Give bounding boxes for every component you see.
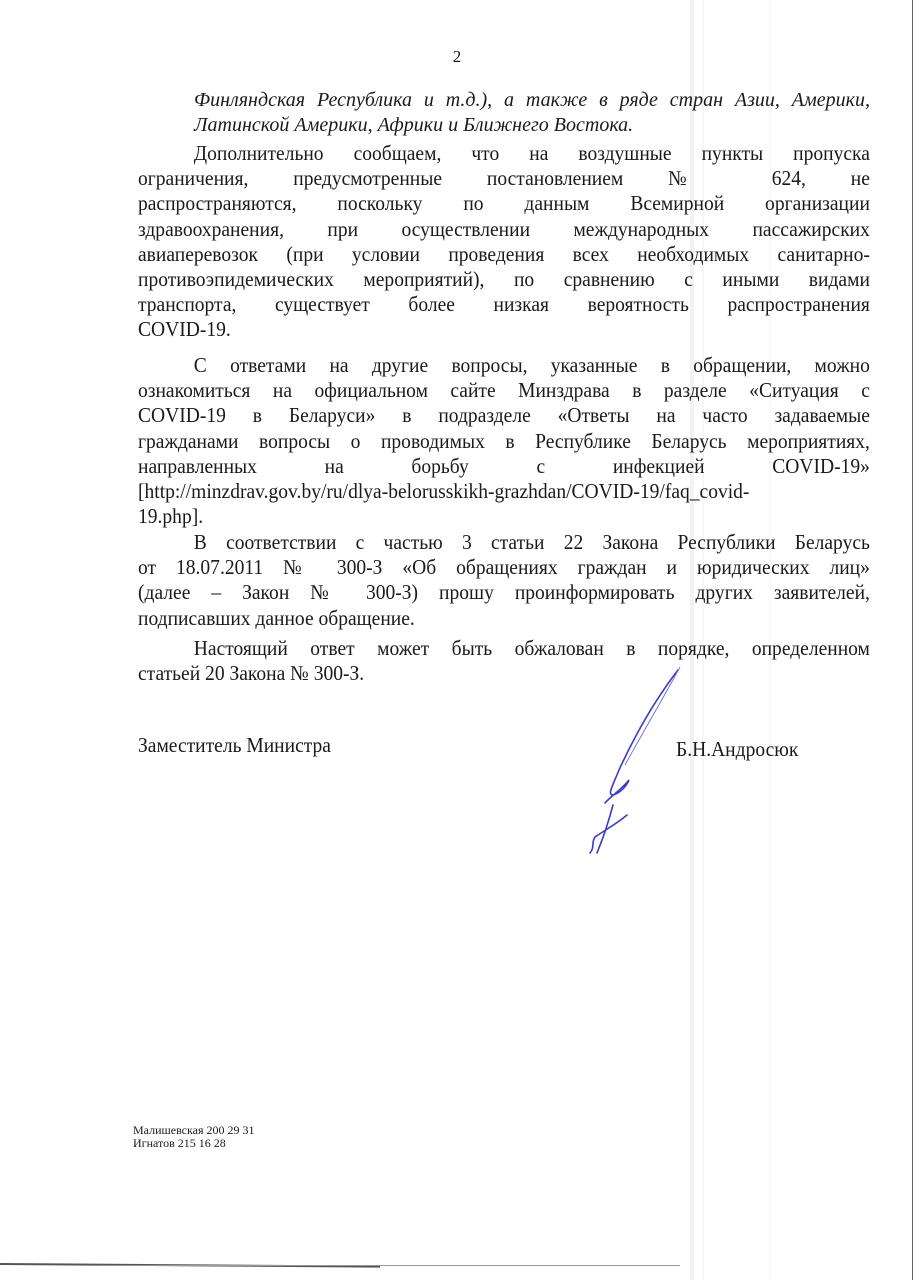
- signer-title: Заместитель Министра: [138, 733, 331, 758]
- text-line: авиаперевозок (при условии проведения вс…: [138, 242, 870, 267]
- text-line: направленных на борьбу с инфекцией COVID…: [138, 454, 870, 479]
- text-line: В соответствии с частью 3 статьи 22 Зако…: [138, 530, 870, 555]
- text-line: ознакомиться на официальном сайте Минздр…: [138, 378, 870, 403]
- text-line: COVID-19 в Беларуси» в подразделе «Ответ…: [138, 403, 870, 428]
- text-line-content: Настоящий ответ может быть обжалован в п…: [194, 636, 870, 660]
- text-line-content: Дополнительно сообщаем, что на воздушные…: [194, 141, 870, 165]
- handwritten-signature: [555, 665, 695, 855]
- paragraph-law-reference: В соответствии с частью 3 статьи 22 Зако…: [138, 530, 870, 631]
- faq-link-end[interactable]: 19.php].: [138, 504, 870, 529]
- page-edge-line: [100, 1265, 680, 1266]
- contact-line: Игнатов 215 16 28: [133, 1137, 255, 1150]
- paragraph-appeal: Настоящий ответ может быть обжалован в п…: [138, 636, 870, 686]
- page-edge-line: [912, 0, 913, 1280]
- text-line-content: В соответствии с частью 3 статьи 22 Зако…: [194, 530, 870, 554]
- text-line: от 18.07.2011 № 300-З «Об обращениях гра…: [138, 555, 870, 580]
- text-line: противоэпидемических мероприятий), по ср…: [138, 267, 870, 292]
- paragraph-other-questions: С ответами на другие вопросы, указанные …: [138, 353, 870, 529]
- text-line: Финляндская Республика и т.д.), а также …: [194, 88, 870, 113]
- faq-link[interactable]: [http://minzdrav.gov.by/ru/dlya-beloruss…: [138, 479, 870, 504]
- signer-name: Б.Н.Андросюк: [676, 737, 798, 762]
- text-line: транспорта, существует более низкая веро…: [138, 292, 870, 317]
- text-line: (далее – Закон № 300-З) прошу проинформи…: [138, 580, 870, 605]
- page-number: 2: [0, 47, 914, 67]
- text-line: гражданами вопросы о проводимых в Респуб…: [138, 429, 870, 454]
- text-line: Дополнительно сообщаем, что на воздушные…: [138, 141, 870, 166]
- text-line: распространяются, поскольку по данным Вс…: [138, 191, 870, 216]
- text-line: статьей 20 Закона № 300-З.: [138, 661, 870, 686]
- text-line: С ответами на другие вопросы, указанные …: [138, 353, 870, 378]
- text-line: подписавших данное обращение.: [138, 606, 870, 631]
- text-line-content: Финляндская Республика и т.д.), а также …: [194, 88, 870, 113]
- text-line-content: С ответами на другие вопросы, указанные …: [194, 353, 870, 377]
- continuation-italic-text: Финляндская Республика и т.д.), а также …: [138, 88, 870, 138]
- text-line: ограничения, предусмотренные постановлен…: [138, 166, 870, 191]
- text-line: здравоохранения, при осуществлении между…: [138, 217, 870, 242]
- paragraph-airports: Дополнительно сообщаем, что на воздушные…: [138, 141, 870, 343]
- contacts-block: Малишевская 200 29 31 Игнатов 215 16 28: [133, 1124, 255, 1150]
- text-line: Настоящий ответ может быть обжалован в п…: [138, 636, 870, 661]
- text-line: Латинской Америки, Африки и Ближнего Вос…: [194, 113, 870, 138]
- text-line: COVID-19.: [138, 317, 870, 342]
